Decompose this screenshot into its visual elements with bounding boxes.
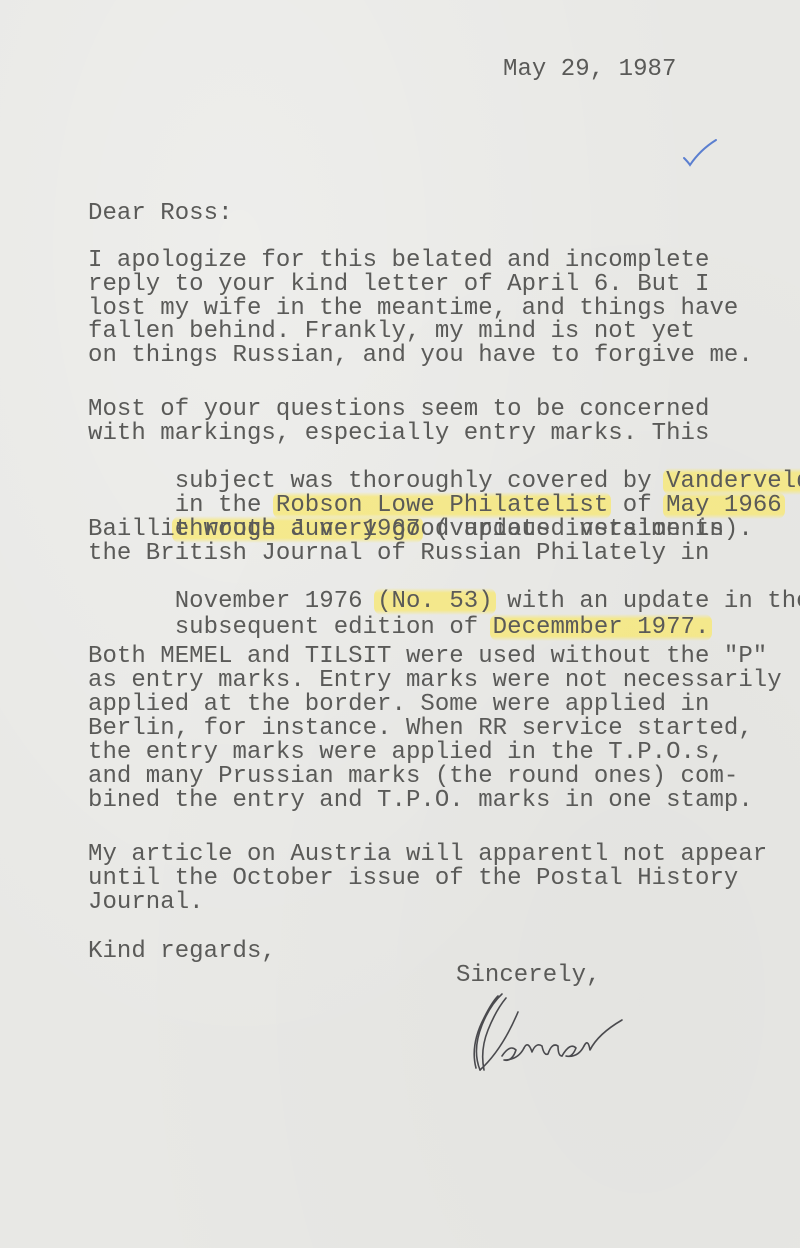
line-text: subsequent edition of (175, 614, 493, 641)
text-line: with markings, especially entry marks. T… (88, 422, 709, 446)
text-line: the entry marks were applied in the T.P.… (88, 741, 724, 765)
text-line: as entry marks. Entry marks were not nec… (88, 669, 782, 693)
text-line: Journal. (88, 891, 204, 915)
salutation: Dear Ross: (88, 202, 233, 226)
text-line: Most of your questions seem to be concer… (88, 398, 709, 422)
check-mark-icon (680, 138, 720, 168)
valediction: Sincerely, (456, 964, 601, 988)
letter-page: May 29, 1987 Dear Ross: I apologize for … (0, 0, 800, 1248)
text-line: Baillie wrote a very good updated versio… (88, 518, 724, 542)
text-line: on things Russian, and you have to forgi… (88, 344, 753, 368)
text-line: and many Prussian marks (the round ones)… (88, 765, 738, 789)
text-line: fallen behind. Frankly, my mind is not y… (88, 320, 695, 344)
handwritten-signature-icon (462, 990, 632, 1075)
text-line: bined the entry and T.P.O. marks in one … (88, 789, 753, 813)
text-line: Berlin, for instance. When RR service st… (88, 717, 753, 741)
text-line: the British Journal of Russian Philately… (88, 542, 709, 566)
closing: Kind regards, (88, 940, 276, 964)
text-line: reply to your kind letter of April 6. Bu… (88, 273, 709, 297)
text-line: Both MEMEL and TILSIT were used without … (88, 645, 767, 669)
text-line: My article on Austria will apparentl not… (88, 843, 767, 867)
highlighted-text: Decemmber 1977. (490, 614, 713, 641)
letter-date: May 29, 1987 (503, 58, 676, 82)
text-line: I apologize for this belated and incompl… (88, 249, 709, 273)
text-line: applied at the border. Some were applied… (88, 693, 709, 717)
text-line: until the October issue of the Postal Hi… (88, 867, 738, 891)
